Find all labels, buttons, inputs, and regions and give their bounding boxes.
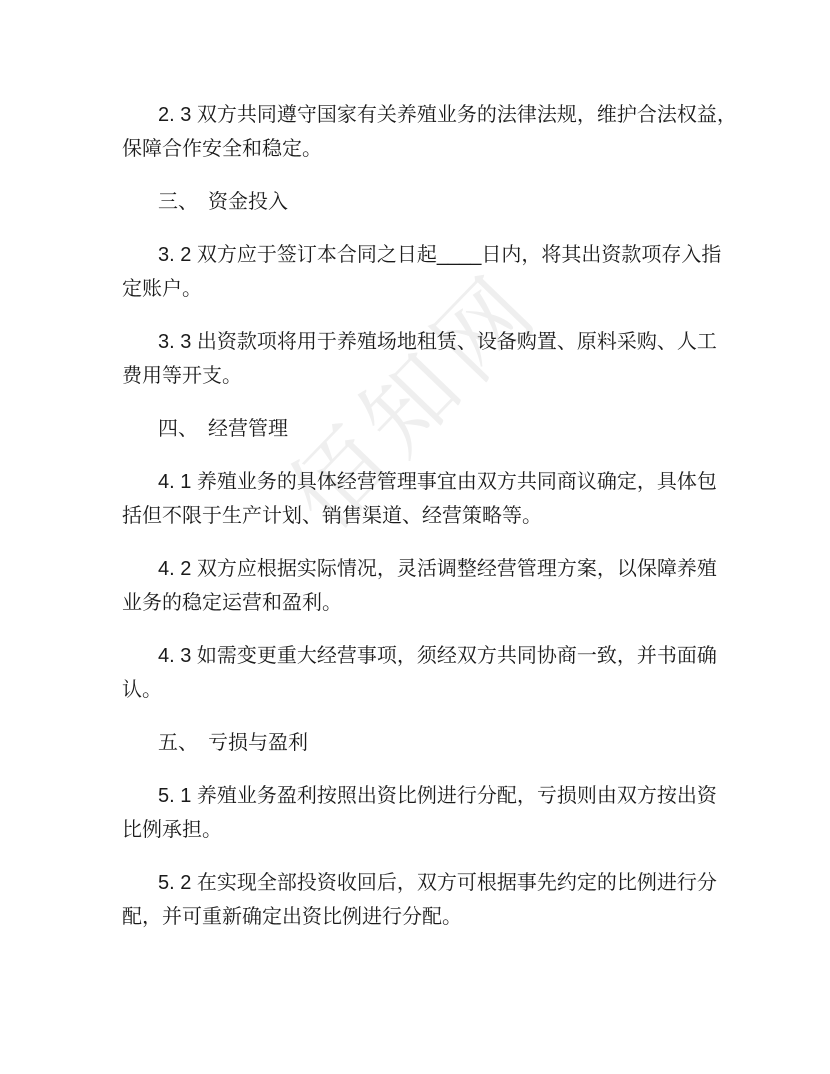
text-line: 保障合作安全和稳定。 — [122, 132, 722, 166]
text-line: 费用等开支。 — [122, 359, 722, 393]
clause-4-3: 4. 3 如需变更重大经营事项，须经双方共同协商一致，并书面确 认。 — [122, 639, 722, 707]
text-line: 配，并可重新确定出资比例进行分配。 — [122, 900, 722, 934]
text-line: 业务的稳定运营和盈利。 — [122, 586, 722, 620]
text-line: 4. 1 养殖业务的具体经营管理事宜由双方共同商议确定，具体包 — [122, 465, 722, 499]
text-line: 4. 3 如需变更重大经营事项，须经双方共同协商一致，并书面确 — [122, 639, 722, 673]
clause-5-2: 5. 2 在实现全部投资收回后，双方可根据事先约定的比例进行分 配，并可重新确定… — [122, 866, 722, 934]
text-line: 3. 2 双方应于签订本合同之日起____日内，将其出资款项存入指 — [122, 238, 722, 272]
text-line: 括但不限于生产计划、销售渠道、经营策略等。 — [122, 499, 722, 533]
clause-2-3: 2. 3 双方共同遵守国家有关养殖业务的法律法规，维护合法权益， 保障合作安全和… — [122, 98, 722, 166]
clause-3-2: 3. 2 双方应于签订本合同之日起____日内，将其出资款项存入指 定账户。 — [122, 238, 722, 306]
text-line: 2. 3 双方共同遵守国家有关养殖业务的法律法规，维护合法权益， — [122, 98, 722, 132]
clause-4-2: 4. 2 双方应根据实际情况，灵活调整经营管理方案，以保障养殖 业务的稳定运营和… — [122, 552, 722, 620]
clause-4-1: 4. 1 养殖业务的具体经营管理事宜由双方共同商议确定，具体包 括但不限于生产计… — [122, 465, 722, 533]
clause-5-1: 5. 1 养殖业务盈利按照出资比例进行分配，亏损则由双方按出资 比例承担。 — [122, 779, 722, 847]
document-page: 佰知网 2. 3 双方共同遵守国家有关养殖业务的法律法规，维护合法权益， 保障合… — [0, 0, 830, 1074]
text-line: 定账户。 — [122, 272, 722, 306]
heading-line: 四、 经营管理 — [122, 412, 722, 446]
contract-body: 2. 3 双方共同遵守国家有关养殖业务的法律法规，维护合法权益， 保障合作安全和… — [122, 98, 722, 953]
text-line: 5. 1 养殖业务盈利按照出资比例进行分配，亏损则由双方按出资 — [122, 779, 722, 813]
heading-line: 三、 资金投入 — [122, 185, 722, 219]
text-line: 4. 2 双方应根据实际情况，灵活调整经营管理方案，以保障养殖 — [122, 552, 722, 586]
section-heading-funding: 三、 资金投入 — [122, 185, 722, 219]
section-heading-profit-loss: 五、 亏损与盈利 — [122, 726, 722, 760]
text-line: 5. 2 在实现全部投资收回后，双方可根据事先约定的比例进行分 — [122, 866, 722, 900]
clause-3-3: 3. 3 出资款项将用于养殖场地租赁、设备购置、原料采购、人工 费用等开支。 — [122, 325, 722, 393]
text-line: 比例承担。 — [122, 813, 722, 847]
heading-line: 五、 亏损与盈利 — [122, 726, 722, 760]
text-line: 认。 — [122, 673, 722, 707]
text-line: 3. 3 出资款项将用于养殖场地租赁、设备购置、原料采购、人工 — [122, 325, 722, 359]
section-heading-management: 四、 经营管理 — [122, 412, 722, 446]
